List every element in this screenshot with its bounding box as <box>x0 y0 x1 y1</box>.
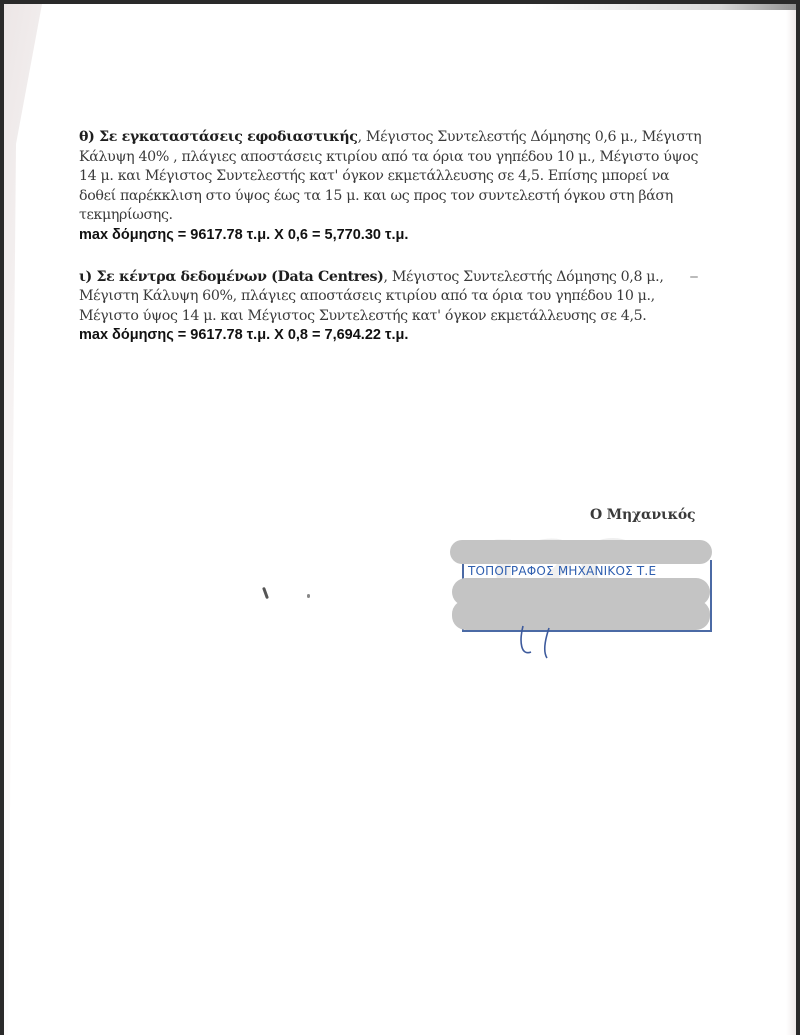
calculation-line: max δόμησης = 9617.78 τ.μ. Χ 0,6 = 5,770… <box>79 226 709 246</box>
section-theta: θ) Σε εγκαταστάσεις εφοδιαστικής, Μέγιστ… <box>79 128 709 226</box>
handwritten-signature <box>509 622 569 662</box>
scan-edge-right <box>786 4 796 1035</box>
scanned-page: θ) Σε εγκαταστάσεις εφοδιαστικής, Μέγιστ… <box>4 4 796 1035</box>
calculation-line: max δόμησης = 9617.78 τ.μ. Χ 0,8 = 7,694… <box>79 326 709 346</box>
document-body: θ) Σε εγκαταστάσεις εφοδιαστικής, Μέγιστ… <box>79 128 709 368</box>
redaction-bar <box>452 600 710 630</box>
scan-edge-shadow <box>4 4 42 1035</box>
scan-edge-top <box>524 4 796 10</box>
section-iota: ι) Σε κέντρα δεδομένων (Data Centres), Μ… <box>79 268 709 327</box>
scan-speck <box>690 276 698 278</box>
scan-speck <box>307 594 310 598</box>
engineer-stamp: ΤΟΠΟΓΡΑΦΟΣ ΜΗΧΑΝΙΚΟΣ Τ.Ε <box>458 540 714 636</box>
signature-title: Ο Μηχανικός <box>590 507 695 523</box>
stamp-label: ΤΟΠΟΓΡΑΦΟΣ ΜΗΧΑΝΙΚΟΣ Τ.Ε <box>468 564 656 578</box>
section-heading: θ) Σε εγκαταστάσεις εφοδιαστικής <box>79 129 358 145</box>
scan-speck <box>262 587 269 599</box>
redaction-bar <box>450 540 712 564</box>
section-heading: ι) Σε κέντρα δεδομένων (Data Centres) <box>79 269 384 285</box>
